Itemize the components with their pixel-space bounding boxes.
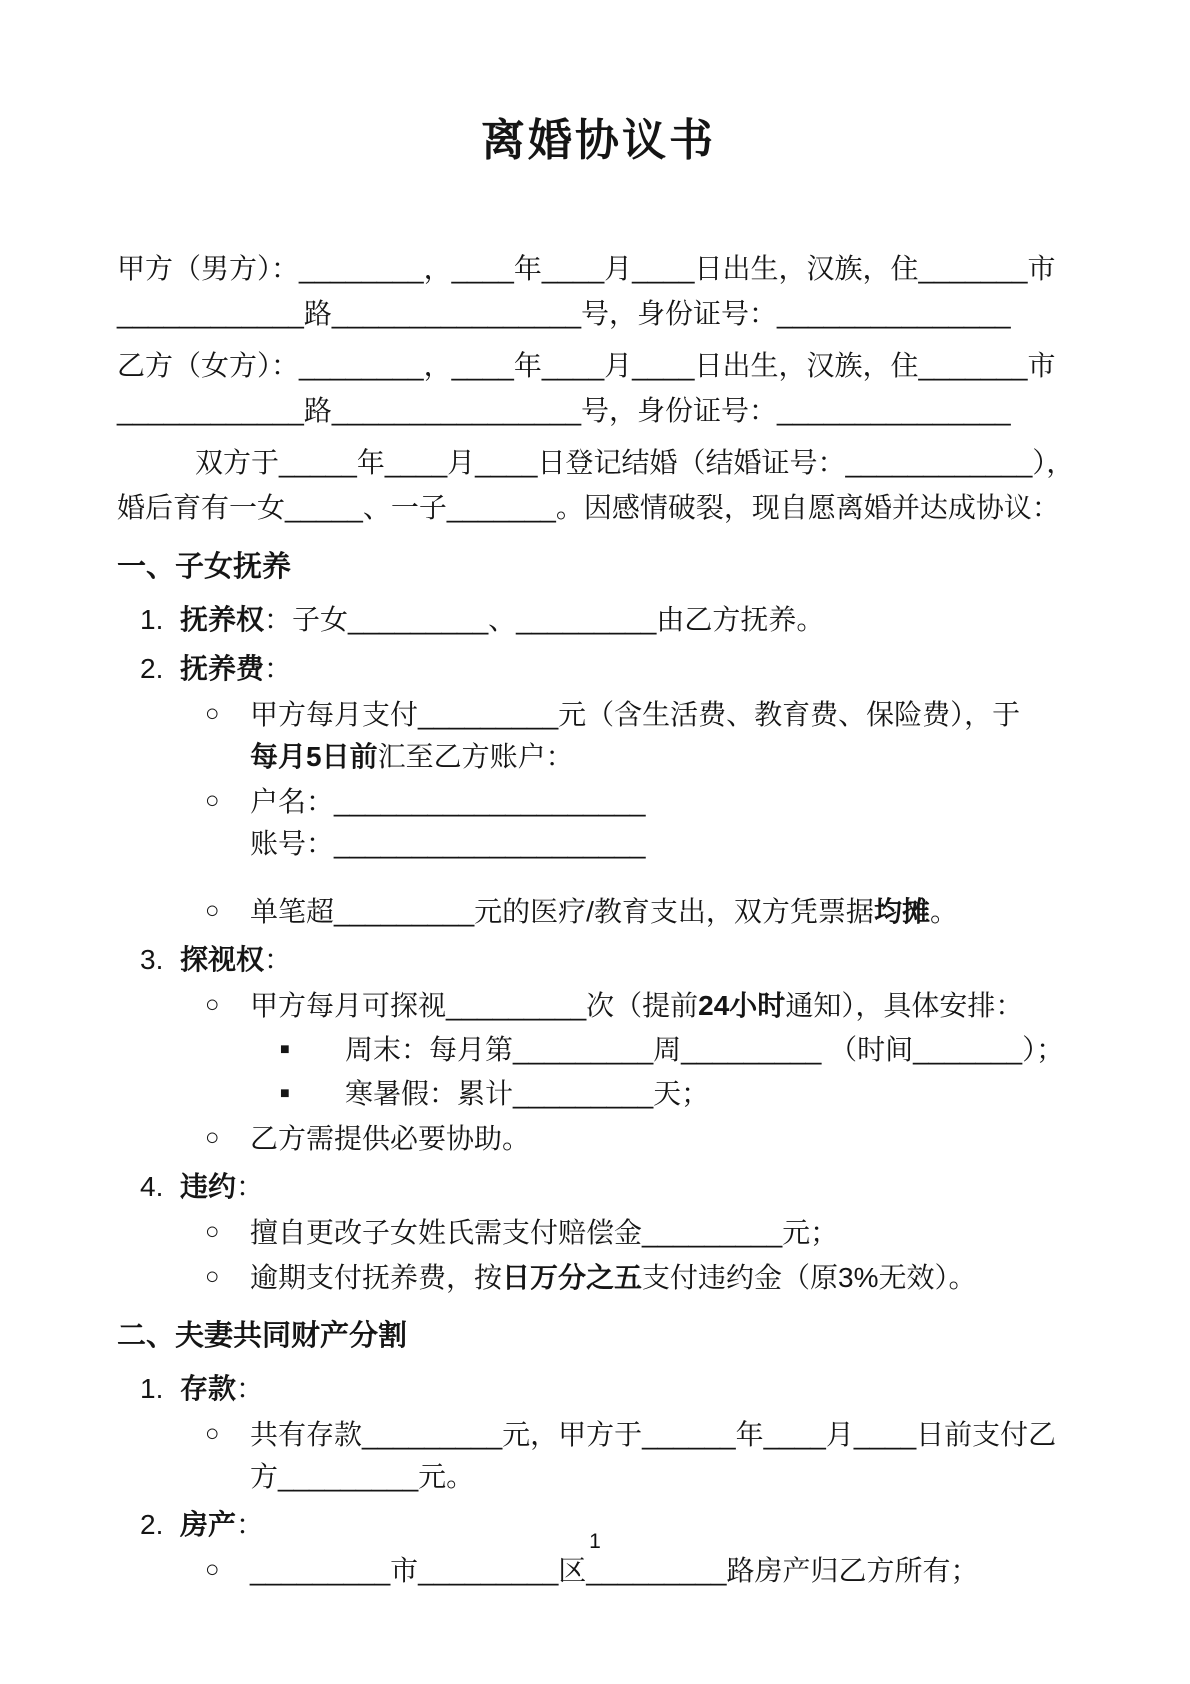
bullet-account-info: ○ 户名：____________________ 账号：___________… (117, 781, 1080, 865)
circle-bullet-icon: ○ (205, 1413, 220, 1455)
circle-bullet-icon: ○ (205, 890, 220, 932)
bullet-text: 擅自更改子女姓氏需支付赔偿金_________元； (250, 1217, 838, 1248)
bullet-large-expense: ○ 单笔超_________元的医疗/教育支出，双方凭票据均摊。 (117, 891, 1080, 933)
bullet-surname-penalty: ○ 擅自更改子女姓氏需支付赔偿金_________元； (117, 1212, 1080, 1254)
document-title: 离婚协议书 (117, 116, 1080, 166)
marriage-paragraph: 双方于_____年____月____日登记结婚（结婚证号：___________… (117, 440, 1080, 530)
item-label: 抚养权 (180, 604, 264, 635)
section-2-heading: 二、夫妻共同财产分割 (117, 1313, 1080, 1359)
document-content: 离婚协议书 甲方（男方）：________，____年____月____日出生，… (0, 116, 1190, 1592)
deposit-line-1: 共有存款_________元，甲方于______年____月____日前支付乙 (250, 1414, 1080, 1456)
bullet-text: _________市_________区_________路房产归乙方所有； (250, 1555, 978, 1586)
item-number: 4. (140, 1165, 163, 1209)
bullet-text-line-2: 每月5日前汇至乙方账户： (250, 736, 1080, 778)
sub-bullet-text: 寒暑假：累计_________天； (345, 1078, 709, 1109)
document-page: 离婚协议书 甲方（男方）：________，____年____月____日出生，… (0, 0, 1190, 1684)
deposit-line-2: 方_________元。 (250, 1456, 1080, 1498)
bullet-visit-times: ○ 甲方每月可探视_________次（提前24小时通知），具体安排： (117, 985, 1080, 1027)
sub-bullet-weekend: ■ 周末：每月第_________周_________ （时间_______）； (117, 1029, 1080, 1071)
item-number: 3. (140, 938, 163, 982)
account-number-line: 账号：____________________ (250, 823, 1080, 865)
list-item-custody-right: 1. 抚养权：子女_________、_________由乙方抚养。 (117, 598, 1080, 642)
item-text: 存款： (180, 1373, 264, 1404)
account-name-line: 户名：____________________ (250, 781, 1080, 823)
item-label: 存款 (180, 1373, 236, 1404)
intro-block: 甲方（男方）：________，____年____月____日出生，汉族，住__… (117, 246, 1080, 530)
circle-bullet-icon: ○ (205, 1549, 220, 1591)
circle-bullet-icon: ○ (205, 1211, 220, 1253)
list-item-visitation: 3. 探视权： (117, 938, 1080, 982)
item-text: 探视权： (180, 944, 292, 975)
party-a-line-2: ____________路________________号，身份证号：____… (117, 291, 1080, 336)
sub-bullet-vacation: ■ 寒暑假：累计_________天； (117, 1073, 1080, 1115)
party-a-paragraph: 甲方（男方）：________，____年____月____日出生，汉族，住__… (117, 246, 1080, 336)
list-item-breach: 4. 违约： (117, 1165, 1080, 1209)
item-text: 抚养费： (180, 653, 292, 684)
marriage-line-1: 双方于_____年____月____日登记结婚（结婚证号：___________… (117, 440, 1080, 485)
circle-bullet-icon: ○ (205, 984, 220, 1026)
party-b-paragraph: 乙方（女方）：________，____年____月____日出生，汉族，住__… (117, 343, 1080, 433)
item-number: 1. (140, 598, 163, 642)
square-bullet-icon: ■ (280, 1073, 290, 1115)
item-number: 2. (140, 647, 163, 691)
bullet-monthly-payment: ○ 甲方每月支付_________元（含生活费、教育费、保险费），于 每月5日前… (117, 694, 1080, 778)
bullet-assistance: ○ 乙方需提供必要协助。 (117, 1118, 1080, 1160)
bullet-shared-deposit: ○ 共有存款_________元，甲方于______年____月____日前支付… (117, 1414, 1080, 1498)
circle-bullet-icon: ○ (205, 1256, 220, 1298)
item-label: 抚养费 (180, 653, 264, 684)
sub-bullet-text: 周末：每月第_________周_________ （时间_______）； (345, 1034, 1064, 1065)
item-number: 1. (140, 1367, 163, 1411)
section-1-heading: 一、子女抚养 (117, 544, 1080, 590)
circle-bullet-icon: ○ (205, 780, 220, 822)
item-text: 违约： (180, 1171, 264, 1202)
list-item-deposits: 1. 存款： (117, 1367, 1080, 1411)
circle-bullet-icon: ○ (205, 1117, 220, 1159)
bullet-text: 单笔超_________元的医疗/教育支出，双方凭票据均摊。 (250, 896, 958, 927)
party-b-line-1: 乙方（女方）：________，____年____月____日出生，汉族，住__… (117, 343, 1080, 388)
page-number: 1 (0, 1530, 1190, 1554)
bullet-text-line-1: 甲方每月支付_________元（含生活费、教育费、保险费），于 (250, 699, 1020, 730)
marriage-line-2: 婚后育有一女_____、一子_______。因感情破裂，现自愿离婚并达成协议： (117, 485, 1080, 530)
item-label: 探视权 (180, 944, 264, 975)
item-text: 抚养权：子女_________、_________由乙方抚养。 (180, 604, 824, 635)
bullet-late-payment-penalty: ○ 逾期支付抚养费，按日万分之五支付违约金（原3%无效）。 (117, 1257, 1080, 1299)
bullet-text: 逾期支付抚养费，按日万分之五支付违约金（原3%无效）。 (250, 1262, 977, 1293)
party-a-line-1: 甲方（男方）：________，____年____月____日出生，汉族，住__… (117, 246, 1080, 291)
square-bullet-icon: ■ (280, 1029, 290, 1071)
bullet-text: 乙方需提供必要协助。 (250, 1123, 530, 1154)
item-label: 违约 (180, 1171, 236, 1202)
bullet-house-ownership: ○ _________市_________区_________路房产归乙方所有； (117, 1550, 1080, 1592)
circle-bullet-icon: ○ (205, 693, 220, 735)
list-item-child-support: 2. 抚养费： (117, 647, 1080, 691)
party-b-line-2: ____________路________________号，身份证号：____… (117, 388, 1080, 433)
bullet-text: 甲方每月可探视_________次（提前24小时通知），具体安排： (250, 990, 1023, 1021)
